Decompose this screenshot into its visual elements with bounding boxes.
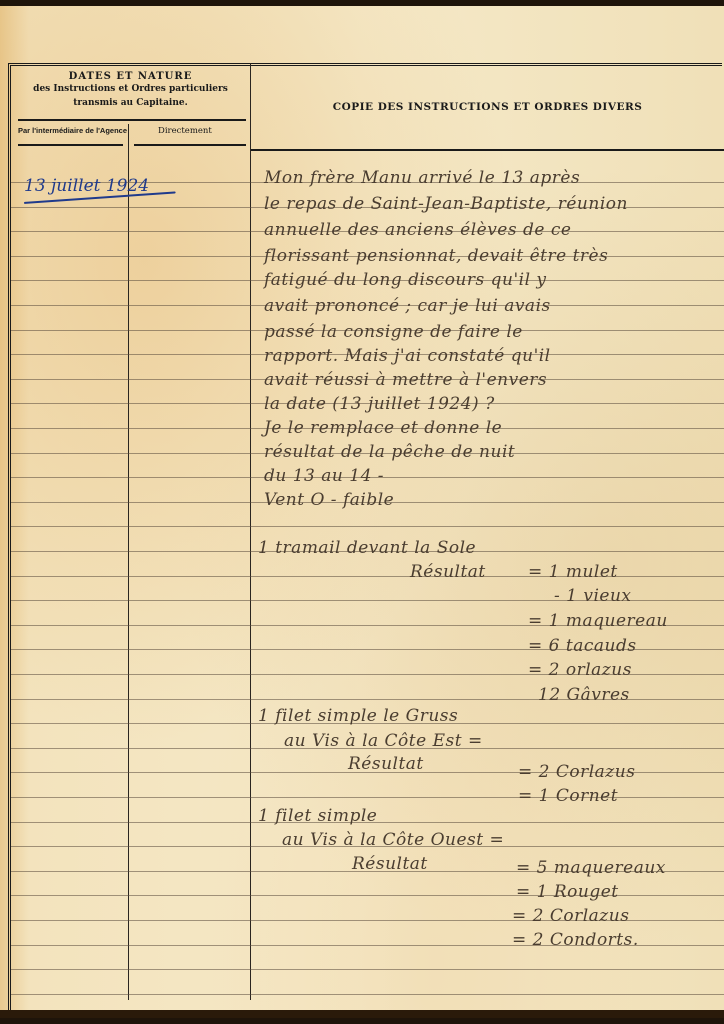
catch-gear-location: au Vis à la Côte Est = [284,731,483,751]
catch-gear-location: au Vis à la Côte Ouest = [282,830,504,850]
body-line: la date (13 juillet 1924) ? [264,394,495,414]
header-left: DATES ET NATURE des Instructions et Ordr… [11,66,250,110]
catch-item: = 1 Cornet [518,786,618,806]
body-line: avait prononcé ; car je lui avais [264,296,551,316]
catch-item: = 6 tacauds [528,636,637,656]
body-line: avait réussi à mettre à l'envers [264,370,547,390]
catch-item: = 2 Corlazus [518,762,635,782]
page-bottom-edge [0,1010,724,1018]
catch-gear: 1 tramail devant la Sole [258,538,476,558]
body-line: Je le remplace et donne le [264,418,502,438]
catch-result-label: Résultat [352,854,428,874]
header-right-title: COPIE DES INSTRUCTIONS ET ORDRES DIVERS [251,101,724,113]
header-left-subtitle-1: des Instructions et Ordres particuliers [11,82,250,96]
body-line: Vent O - faible [264,490,394,510]
header-left-title: DATES ET NATURE [11,71,250,82]
catch-item: 12 Gâvres [538,685,630,705]
body-line: florissant pensionnat, devait être très [264,246,608,266]
ruled-line [11,526,724,527]
body-line: passé la consigne de faire le [264,322,523,342]
catch-result-label: Résultat [348,754,424,774]
catch-item: = 2 Condorts. [512,930,639,950]
body-line: du 13 au 14 - [264,466,384,486]
catch-item: = 1 mulet [528,562,618,582]
catch-gear: 1 filet simple [258,806,377,826]
header-left-subtitle-2: transmis au Capitaine. [11,96,250,110]
catch-item: = 1 Rouget [516,882,619,902]
catch-gear: 1 filet simple le Gruss [258,706,458,726]
header-divider-left [18,119,246,121]
catch-item: = 5 maquereaux [516,858,666,878]
body-line: le repas de Saint-Jean-Baptiste, réunion [264,194,628,214]
ruled-line [11,969,724,970]
column-label-agence: Par l'intermédiaire de l'Agence [18,126,127,135]
log-page: DATES ET NATURE des Instructions et Ordr… [0,6,724,1018]
catch-result-label: Résultat [410,562,486,582]
column-label-directement: Directement [158,126,212,136]
body-line: annuelle des anciens élèves de ce [264,220,571,240]
ruled-line [11,994,724,995]
catch-item: = 2 Corlazus [512,906,629,926]
subheader-underline-agence [18,144,123,146]
catch-item: - 1 vieux [554,586,632,606]
catch-item: = 1 maquereau [528,611,668,631]
column-divider-2 [250,63,251,1000]
body-line: rapport. Mais j'ai constaté qu'il [264,346,551,366]
header-divider-right [251,149,724,151]
catch-item: = 2 orlazus [528,660,632,680]
date-entry: 13 juillet 1924 [24,176,149,196]
body-line: résultat de la pêche de nuit [264,442,515,462]
body-line: Mon frère Manu arrivé le 13 après [264,168,580,188]
body-line: fatigué du long discours qu'il y [264,270,547,290]
subheader-underline-directement [134,144,246,146]
